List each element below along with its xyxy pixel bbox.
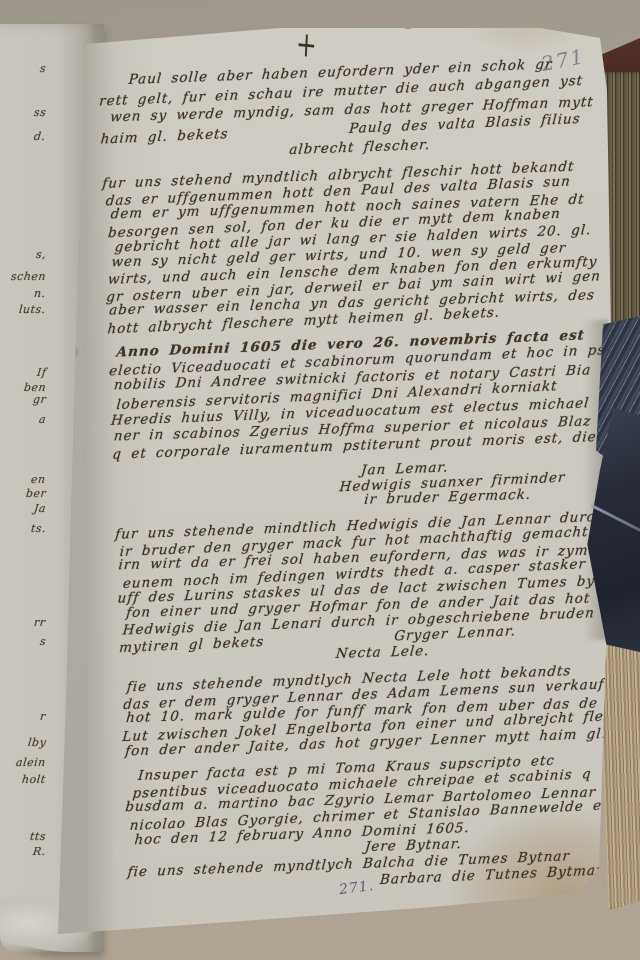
paper-debris [401,18,414,30]
entry-block-hedwigis: fur uns stehende mindtlich Hedwigis die … [115,509,616,671]
margin-fragment: tts [29,830,46,843]
margin-fragment: s, [35,248,47,261]
handwriting-layer: Paul solle aber haben eufordern yder ein… [98,46,625,906]
margin-fragment: a [38,413,46,426]
margin-fragment: holt [22,773,47,786]
margin-fragment: d. [34,130,47,143]
margin-fragment: ber [25,487,47,500]
margin-fragment: rr [34,616,47,629]
manuscript-photo: s ss d. s, schen n. luts. If ben gr a en… [0,0,640,960]
margin-fragment: n. [34,287,47,300]
entry-block-flescher: fur uns stehend myndtlich albrycht flesc… [102,158,604,336]
margin-fragment: ts. [30,522,46,535]
margin-fragment: gr [32,393,47,406]
margin-fragment: en [31,473,47,486]
margin-fragment: If [36,366,47,379]
entry-block-latin-election: Anno Domini 1605 die vero 26. novembris … [108,327,608,464]
entry-block-inscriptio: Insuper facta est p mi Toma Kraus supscr… [124,750,624,896]
margin-fragment: luts. [19,303,47,316]
manuscript-page: + 271 271. Paul solle aber haben euforde… [0,0,640,960]
margin-fragment: r [40,710,47,723]
margin-fragment: Ja [33,502,46,515]
entry-block-lele: fie uns stehende myndtlych Necta Lele ho… [121,661,620,759]
margin-fragment: lby [27,736,47,749]
margin-fragment: ss [33,106,47,119]
margin-fragment: schen [10,270,46,283]
entry-block-names: Jan Lemar. Hedwigis suanxer firminder ir… [113,455,610,518]
margin-fragment: R. [33,845,47,858]
margin-fragment: alein [16,756,47,769]
margin-fragment: s [39,635,47,648]
entry-block-paul: Paul solle aber haben eufordern yder ein… [98,54,597,167]
margin-fragment: s [39,62,47,75]
